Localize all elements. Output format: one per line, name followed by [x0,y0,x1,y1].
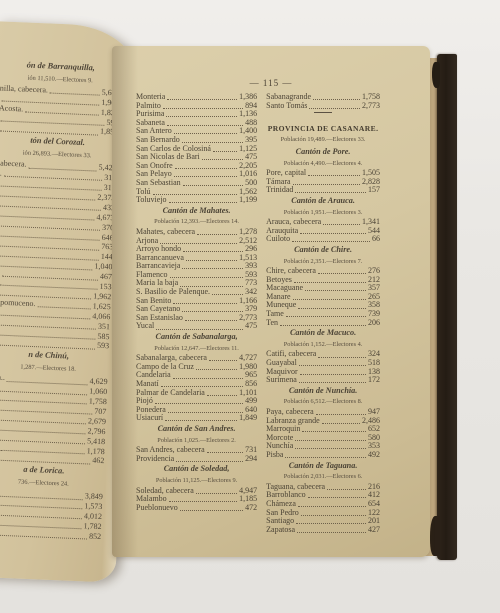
dot-leader [156,329,243,330]
dot-leader [308,497,366,498]
place-name: Marroquin [266,425,300,434]
dot-leader [182,268,243,269]
population-value: 467 [100,272,112,282]
dot-leader [316,414,366,415]
dot-leader [293,184,360,185]
place-name: Toluviejo [136,196,167,205]
page-number: — 115 — [112,46,430,88]
page-line: Manare 265 [266,293,380,302]
place-name: San Sebastian [136,179,181,188]
section-heading: Cantón de Taguana. [289,461,358,470]
place-name: Chire, cabecera [266,267,316,276]
dot-leader [286,316,366,317]
main-page: — 115 — Monteria 1,386 Palmit [112,46,430,557]
dot-leader [212,294,243,295]
place-name: San Antero [136,127,172,136]
population-value: 707 [94,407,106,417]
population-value: 294 [245,455,257,464]
page-line: Taguana, cabecera 216 [266,483,380,492]
place-name: Flamenco [136,271,168,280]
population-value: 593 [97,341,109,351]
section-heading: Población 19,489.—Electores 33. [281,136,366,143]
dot-leader [299,365,366,366]
place-name: S. Basilio de Palenque. [136,288,210,297]
population-value: 462 [92,456,104,466]
section-heading: Cantón de Chire. [294,245,352,254]
place-name: Candelaria [136,371,171,380]
page-line: Trinidad 157 [266,186,380,195]
page-line: Arauca, cabecera 1,341 [266,218,380,227]
section-heading: PROVINCIA DE CASANARE. [268,124,379,133]
page-line: Labranza grande 2,486 [266,417,380,426]
place-name: Santiago [266,517,294,526]
dot-leader [285,457,366,458]
section-heading: Cantón de Soledad, [164,464,230,473]
page-line: Chire, cabecera 276 [266,267,380,276]
place-name: Arjona [136,237,158,246]
place-name: Pore, capital [266,169,306,178]
dot-leader [173,303,237,304]
dot-leader [160,243,237,244]
page-line: Cantón de Mahates. [136,205,257,217]
place-name: Maquivor [266,368,298,377]
population-value: 1,199 [239,196,257,205]
section-heading: Población 1,152.—Electores 4. [284,341,363,348]
page-line: Maquivor 138 [266,368,380,377]
book-cover-binding [437,54,457,560]
place-name: Betoyes [266,276,292,285]
dot-leader [169,202,238,203]
population-value: 2,773 [362,102,380,111]
page-line: San Pedro 122 [266,509,380,518]
place-name: San Nicolas de Bari [136,153,200,162]
section-heading: a de Lorica. [23,465,65,476]
page-line: San Andres, cabecera 731 [136,446,257,455]
dot-leader [202,159,243,160]
page-line: Campo de la Cruz 1,980 [136,363,257,372]
dot-leader [293,299,366,300]
place-name: Arauquita [266,227,298,236]
page-line: San Antero 1,400 [136,127,257,136]
population-value: 492 [368,451,380,460]
page-line: Cantón de San Andres. [136,423,257,435]
dot-leader [166,116,237,117]
page-line: Toluviejo 1,199 [136,196,257,205]
section-heading: Población 6,512.—Electores 8. [284,398,363,405]
place-name: San Benito [136,297,171,306]
place-name: San Pedro [266,509,299,518]
place-name: Támara [266,178,290,187]
dot-leader [186,260,237,261]
page-line: Tame 739 [266,310,380,319]
place-name: Piojó [136,397,153,406]
place-name: Mahates, cabecera [136,228,195,237]
place-name: ín. [0,267,1,277]
place-name: Surimena [266,376,297,385]
place-name: Chámeza [266,500,296,509]
place-name: Pisba [266,451,283,460]
dot-leader [295,192,366,193]
place-name: San Carlos de Colosiná [136,145,211,154]
place-name: Paya, cabecera [266,408,314,417]
page-line: Marroquin 652 [266,425,380,434]
place-name: Ponedera [136,406,166,415]
page-line: Támara 2,828 [266,178,380,187]
dot-leader [318,357,366,358]
page-line: Nunchía 353 [266,442,380,451]
population-value: 852 [89,531,101,541]
section-heading: Población 12,647.—Electores 11. [154,345,239,352]
section-heading: Población 4,490.—Electores 4. [284,160,363,167]
place-name: San Onofre [136,162,173,171]
population-value: 1,849 [239,414,257,423]
place-name: San Andres, cabecera [136,446,205,455]
population-value: 153 [99,282,111,292]
dot-leader [295,440,366,441]
page-line: Candelaria 965 [136,371,257,380]
dot-leader [155,403,243,404]
place-name: Arroyo hondo [136,245,181,254]
page-line: Población 11,125.—Electores 9. [136,475,257,487]
page-line: Usiacurí 1,849 [136,414,257,423]
page-line: Pisba 492 [266,451,380,460]
population-value: 472 [245,504,257,513]
place-name: Nunchía [266,442,293,451]
page-line: Betoyes 212 [266,276,380,285]
page-line [266,110,380,123]
dot-leader [305,290,366,291]
dot-leader [174,176,237,177]
page-line: Arauquita 544 [266,227,380,236]
page-line: Barroblanco 412 [266,491,380,500]
place-name: Malambo [136,495,167,504]
page-line: Santo Tomás 2,773 [266,102,380,111]
dot-leader [300,374,366,375]
dot-leader [209,360,237,361]
place-name: Muneque [266,301,296,310]
section-heading: Cantón de Pore. [296,147,351,156]
dot-leader [197,234,237,235]
dot-leader [167,99,237,100]
page-line: Barrancavieja 393 [136,262,257,271]
dot-leader [180,286,243,287]
page-line: Cantón de Arauca. [266,195,380,207]
dot-leader [292,241,370,242]
place-name: Ten [266,319,278,328]
section-heading: ón de Barranquilla, [27,61,96,73]
place-name: cera.. [0,372,5,383]
page-line: San Pelayo 1,016 [136,170,257,179]
place-name: Labranza grande [266,417,320,426]
page-line: Flamenco 593 [136,271,257,280]
place-name: Morcote [266,434,293,443]
page-line: Monteria 1,386 [136,93,257,102]
divider-rule [314,112,332,113]
place-name: Zapatosa [266,526,295,535]
place-name: Sabanalarga, cabecera [136,354,207,363]
dot-leader [153,194,238,195]
left-column: Monteria 1,386 Palmito 894 [136,93,257,534]
page-line: Población 19,489.—Electores 33. [266,134,380,146]
place-name: Soledad, cabecera [136,487,194,496]
dot-leader [302,431,366,432]
place-name: San Estanislao [136,314,183,323]
dot-leader [183,185,243,186]
page-line: San Estanislao 2,773 [136,314,257,323]
dot-leader [299,382,366,383]
population-value: 585 [97,331,109,341]
section-heading: Cantón de Arauca. [291,196,355,205]
dot-leader [196,493,237,494]
place-name: Catifi, cabecera [266,350,316,359]
page-line: Piojó 499 [136,397,257,406]
page-line: Arjona 2,512 [136,237,257,246]
dot-leader [185,320,237,321]
section-heading: Cantón de Macuco. [290,328,356,337]
dot-leader [173,378,243,379]
dot-leader [182,142,243,143]
population-value: 1,782 [83,521,101,532]
page-line: Cantón de Taguana. [266,460,380,472]
dot-leader [298,308,366,309]
dot-leader [296,523,366,524]
place-name: Santo Tomás [266,102,307,111]
place-name: Manatí [136,380,159,389]
dot-leader [207,452,244,453]
page-line: Maria la baja 773 [136,279,257,288]
place-name: Trinidad [266,186,293,195]
page-line: Población 2,031.—Electores 6. [266,471,380,483]
page-line: Cuiloto 66 [266,235,380,244]
page-line: Santiago 201 [266,517,380,526]
page-line: Población 2,351.—Electores 7. [266,256,380,268]
page-line: Pueblonuevo 472 [136,504,257,513]
page-line: San Carlos de Colosiná 1,125 [136,145,257,154]
place-name: Pueblonuevo [136,504,178,513]
section-heading: Población 1,025.—Electores 2. [157,437,236,444]
section-heading: Cantón de Mahates. [163,206,231,215]
place-name: Guayabal [266,359,297,368]
place-name: Arauca, cabecera [266,218,321,227]
place-name: Tolú [136,188,151,197]
dot-leader [169,501,237,502]
place-name: cabecera. [0,159,27,170]
dot-leader [295,448,366,449]
dot-leader [327,489,366,490]
place-name: Barrancavieja [136,262,180,271]
dot-leader [318,273,366,274]
dot-leader [213,151,237,152]
section-heading: Población 2,351.—Electores 7. [284,258,363,265]
page-line: Barrancanueva 1,513 [136,254,257,263]
page-line: Población 6,512.—Electores 8. [266,396,380,408]
population-value: 206 [368,319,380,328]
place-name: San Pelayo [136,170,172,179]
page-line: Zapatosa 427 [266,526,380,535]
dot-leader [170,277,244,278]
place-name: Taguana, cabecera [266,483,325,492]
dot-leader [297,532,366,533]
page-line: Malambo 1,185 [136,495,257,504]
section-heading: Población 1,951.—Electores 3. [284,209,363,216]
section-heading: n de Chinú, [28,350,69,361]
dot-leader [180,510,243,511]
section-heading: 736.—Electores 24. [18,479,69,488]
place-name: Palmar de Candelaria [136,389,205,398]
section-heading: Cantón de San Andres. [158,424,236,433]
place-name: San Bernardo [136,136,180,145]
page-line: Macaguane 357 [266,284,380,293]
population-value: 1,040 [94,262,112,273]
page-line: Surimena 172 [266,376,380,385]
dot-leader [294,282,366,283]
section-heading: tón del Corozal. [30,136,85,147]
section-heading: ión 26,893.—Electores 33. [23,150,92,160]
place-name: Providencia [136,455,174,464]
dot-leader [168,412,243,413]
page-line: Cantón de Chire. [266,244,380,256]
dot-leader [167,125,243,126]
dot-leader [300,233,366,234]
population-value: 1,178 [87,446,105,457]
page-line: Cantón de Sabanalarga, [136,331,257,343]
page-line: Guayabal 518 [266,359,380,368]
page-line: San Benito 1,166 [136,297,257,306]
dot-leader [313,99,360,100]
population-value: 351 [98,321,110,331]
section-heading: Población 12,393.—Electores 14. [154,218,239,225]
place-name: Purisima [136,110,164,119]
place-name: Tame [266,310,284,319]
section-heading: ión 11,510.—Electores 9. [27,75,93,85]
place-name: Monteria [136,93,165,102]
dot-leader [322,423,360,424]
page-line: Cantón de Pore. [266,146,380,158]
section-heading: Cantón de Nunchía. [289,386,357,395]
dot-leader [176,461,243,462]
place-name: Manare [266,293,290,302]
section-heading: 1,287.—Electores 18. [20,364,76,373]
two-column-layout: Monteria 1,386 Palmito 894 [112,88,430,534]
section-heading: Población 2,031.—Electores 6. [284,473,363,480]
place-name: Maria la baja [136,279,178,288]
dot-leader [183,251,243,252]
population-value: 172 [368,376,380,385]
page-line: Muneque 358 [266,301,380,310]
place-name: Palmito [136,102,161,111]
population-value: 4,066 [92,311,110,322]
dot-leader [298,506,366,507]
book-photo: ón de Barranquilla, ión 11,510.—Electore… [0,0,500,613]
place-name: Yucal [136,322,154,331]
place-name: Macaguane [266,284,303,293]
place-name: Nepomuceno. [0,297,36,309]
dot-leader [174,133,237,134]
page-line: Palmar de Candelaria 1,101 [136,389,257,398]
dot-leader [323,224,360,225]
dot-leader [0,534,87,539]
place-name: Sabaneta [136,119,165,128]
population-value: 66 [372,235,380,244]
page-line: Chámeza 654 [266,500,380,509]
dot-leader [309,108,360,109]
place-name: Barroblanco [266,491,306,500]
place-name: Sabanagrande [266,93,311,102]
page-line: Cantón de Nunchía. [266,385,380,397]
page-line: Providencia 294 [136,455,257,464]
place-name: Barrancanueva [136,254,184,263]
place-name: Cuiloto [266,235,290,244]
population-value: 427 [368,526,380,535]
page-line: Morcote 580 [266,434,380,443]
dot-leader [207,395,237,396]
page-line: Ten 206 [266,319,380,328]
section-heading: Población 11,125.—Electores 9. [156,477,237,484]
population-value: 157 [368,186,380,195]
page-line: Población 1,025.—Electores 2. [136,435,257,447]
page-line: Purisima 1,136 [136,110,257,119]
page-line: Catifi, cabecera 324 [266,350,380,359]
dot-leader [308,175,360,176]
page-line: PROVINCIA DE CASANARE. [266,123,380,135]
place-name: Campo de la Cruz [136,363,194,372]
right-column: Sabanagrande 1,758 Santo Tomás 2,773 [266,93,380,534]
place-name: a. [0,168,2,178]
dot-leader [280,325,366,326]
page-line: Población 1,152.—Electores 4. [266,339,380,351]
dot-leader [175,168,237,169]
place-name: nilla, cabecera. [0,83,48,95]
population-value: 475 [245,322,257,331]
dot-leader [165,420,237,421]
dot-leader [182,311,243,312]
dot-leader [161,386,243,387]
dot-leader [163,108,243,109]
population-value: 1,758 [89,396,107,407]
section-heading: Cantón de Sabanalarga, [156,332,238,341]
place-name: Acosta. [0,103,23,114]
page-line: Cantón de Macuco. [266,327,380,339]
dot-leader [301,515,366,516]
place-name: San Cayetano [136,305,180,314]
place-name: Usiacurí [136,414,163,423]
dot-leader [196,369,237,370]
page-line: Cantón de Soledad, [136,463,257,475]
page-line: Yucal 475 [136,322,257,331]
